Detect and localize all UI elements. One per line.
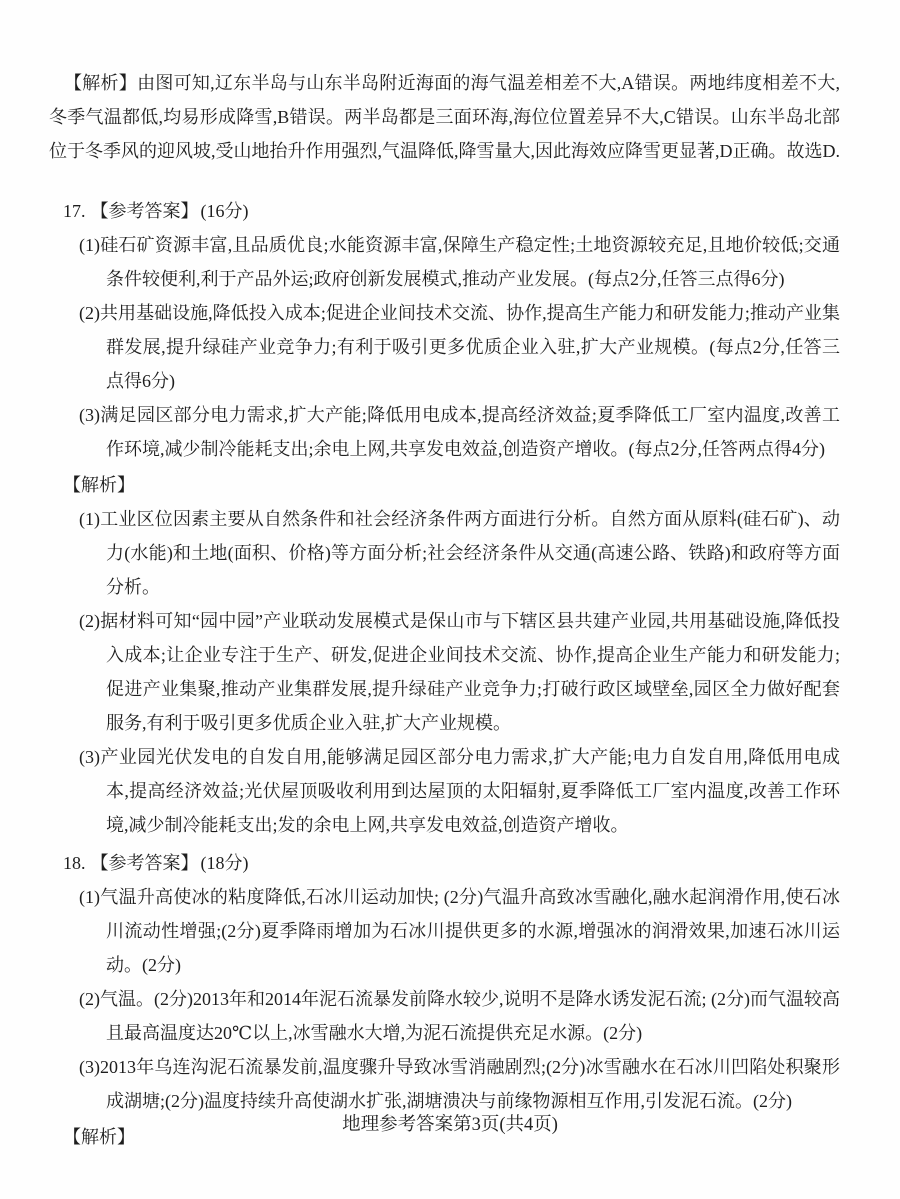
analysis-item-17-3: (3)产业园光伏发电的自发自用,能够满足园区部分电力需求,扩大产能;电力自发自用…	[49, 740, 840, 842]
item-text: 共用基础设施,降低投入成本;促进企业间技术交流、协作,提高生产能力和研发能力;推…	[100, 303, 840, 391]
answer-item-17-1: (1)硅石矿资源丰富,且品质优良;水能资源丰富,保障生产稳定性;土地资源较充足,…	[49, 228, 840, 296]
analysis-item-17-2: (2)据材料可知“园中园”产业联动发展模式是保山市与下辖区县共建产业园,共用基础…	[49, 604, 840, 740]
question-number: 17.	[63, 201, 86, 221]
item-marker: (1)	[79, 887, 100, 907]
item-marker: (2)	[79, 303, 100, 323]
item-text: 2013年乌连沟泥石流暴发前,温度骤升导致冰雪消融剧烈;(2分)冰雪融水在石冰川…	[100, 1057, 840, 1111]
item-marker: (2)	[79, 611, 100, 631]
item-text: 气温。(2分)2013年和2014年泥石流暴发前降水较少,说明不是降水诱发泥石流…	[100, 989, 840, 1043]
analysis-label: 【解析】	[63, 475, 135, 495]
question-18-header: 18.【参考答案】(18分)	[63, 846, 840, 880]
analysis-label: 【解析】	[64, 73, 137, 93]
answer-key-label: 【参考答案】	[91, 853, 199, 873]
answer-key-label: 【参考答案】	[91, 201, 199, 221]
analysis-text: 由图可知,辽东半岛与山东半岛附近海面的海气温差相差不大,A错误。两地纬度相差不大…	[49, 73, 840, 161]
item-text: 据材料可知“园中园”产业联动发展模式是保山市与下辖区县共建产业园,共用基础设施,…	[100, 611, 840, 733]
score-label: (18分)	[201, 853, 249, 873]
item-marker: (3)	[79, 1057, 100, 1077]
document-page: 【解析】由图可知,辽东半岛与山东半岛附近海面的海气温差相差不大,A错误。两地纬度…	[0, 0, 900, 1199]
analysis-paragraph-q16: 【解析】由图可知,辽东半岛与山东半岛附近海面的海气温差相差不大,A错误。两地纬度…	[49, 66, 840, 168]
item-text: 产业园光伏发电的自发自用,能够满足园区部分电力需求,扩大产能;电力自发自用,降低…	[100, 747, 840, 835]
answer-item-17-2: (2)共用基础设施,降低投入成本;促进企业间技术交流、协作,提高生产能力和研发能…	[49, 296, 840, 398]
score-label: (16分)	[201, 201, 249, 221]
answer-item-18-1: (1)气温升高使冰的粘度降低,石冰川运动加快; (2分)气温升高致冰雪融化,融水…	[49, 880, 840, 982]
item-marker: (2)	[79, 989, 100, 1009]
analysis-section-label-17: 【解析】	[63, 468, 840, 502]
answer-item-17-3: (3)满足园区部分电力需求,扩大产能;降低用电成本,提高经济效益;夏季降低工厂室…	[49, 398, 840, 466]
answer-key-content: 【解析】由图可知,辽东半岛与山东半岛附近海面的海气温差相差不大,A错误。两地纬度…	[49, 66, 840, 1154]
item-marker: (3)	[79, 747, 100, 767]
item-text: 硅石矿资源丰富,且品质优良;水能资源丰富,保障生产稳定性;土地资源较充足,且地价…	[100, 235, 840, 289]
item-marker: (1)	[79, 509, 100, 529]
item-text: 气温升高使冰的粘度降低,石冰川运动加快; (2分)气温升高致冰雪融化,融水起润滑…	[100, 887, 840, 975]
page-footer: 地理参考答案第3页(共4页)	[0, 1108, 900, 1142]
question-number: 18.	[63, 853, 86, 873]
item-text: 满足园区部分电力需求,扩大产能;降低用电成本,提高经济效益;夏季降低工厂室内温度…	[100, 405, 840, 459]
item-marker: (3)	[79, 405, 100, 425]
item-text: 工业区位因素主要从自然条件和社会经济条件两方面进行分析。自然方面从原料(硅石矿)…	[100, 509, 840, 597]
question-17-header: 17.【参考答案】(16分)	[63, 194, 840, 228]
item-marker: (1)	[79, 235, 100, 255]
analysis-item-17-1: (1)工业区位因素主要从自然条件和社会经济条件两方面进行分析。自然方面从原料(硅…	[49, 502, 840, 604]
answer-item-18-2: (2)气温。(2分)2013年和2014年泥石流暴发前降水较少,说明不是降水诱发…	[49, 982, 840, 1050]
page-footer-text: 地理参考答案第3页(共4页)	[342, 1115, 558, 1135]
